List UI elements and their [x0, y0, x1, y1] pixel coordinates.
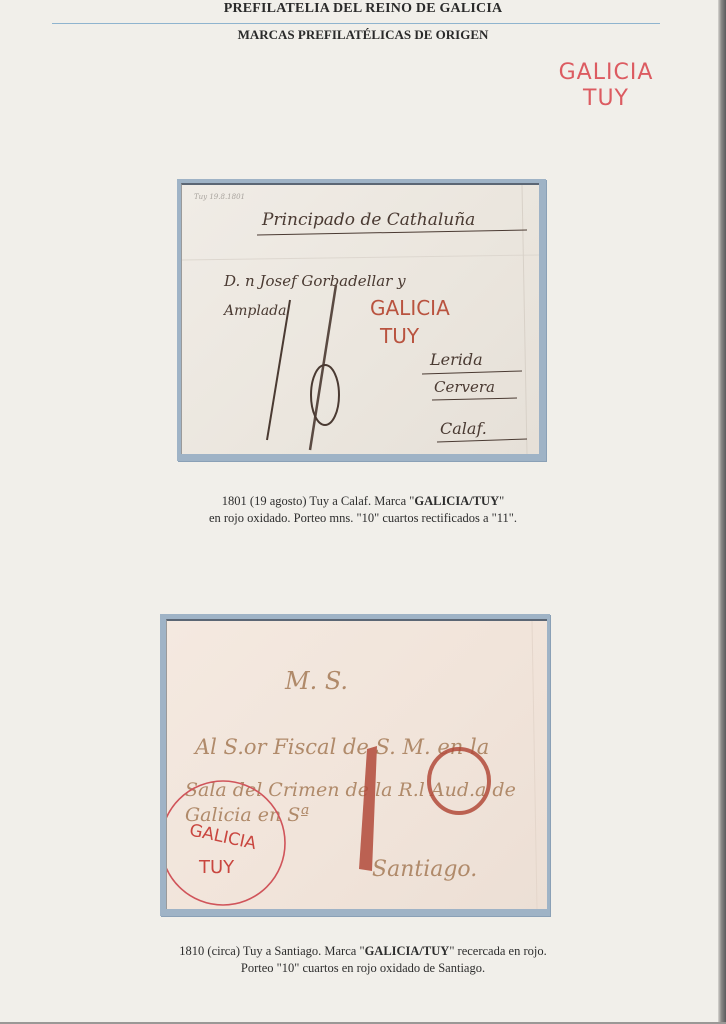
cover-frame-1: Tuy 19.8.1801 Principado de Cathaluña D.…: [177, 179, 546, 461]
caption-1-line-2: en rojo oxidado. Porteo mns. "10" cuarto…: [0, 510, 726, 527]
caption-1-text: 1801 (19 agosto) Tuy a Calaf. Marca ": [222, 494, 415, 508]
salutation: M. S.: [284, 667, 348, 695]
pencil-note: Tuy 19.8.1801: [194, 193, 245, 201]
caption-2-mark-name: GALICIA/TUY: [365, 944, 450, 958]
page-subtitle: MARCAS PREFILATÉLICAS DE ORIGEN: [0, 27, 726, 43]
circular-postmark-line-2: TUY: [198, 857, 235, 878]
postage-mark-10: 10: [355, 870, 357, 872]
destination-3: Calaf.: [440, 419, 487, 438]
caption-2-line-2: Porteo "10" cuartos en rojo oxidado de S…: [0, 960, 726, 977]
cover-letter-image-1: Tuy 19.8.1801 Principado de Cathaluña D.…: [181, 183, 539, 454]
destination-1: Lerida: [429, 350, 483, 369]
destination: Santiago.: [372, 857, 477, 882]
postmark-line-2: TUY: [548, 86, 664, 112]
page-title: PREFILATELIA DEL REINO DE GALICIA: [0, 1, 726, 17]
postmark-illustration: GALICIA TUY: [548, 60, 664, 112]
galicia-tuy-postmark-line-2: TUY: [379, 324, 420, 348]
caption-2-text: 1810 (circa) Tuy a Santiago. Marca ": [179, 944, 364, 958]
cover-letter-1-drawing: Tuy 19.8.1801 Principado de Cathaluña D.…: [182, 185, 539, 454]
destination-2: Cervera: [434, 378, 495, 396]
postmark-line-1: GALICIA: [548, 60, 664, 86]
header-divider: [52, 23, 660, 24]
addressee-line-2: Amplada: [222, 303, 286, 319]
cover-letter-2-drawing: M. S. Al S.or Fiscal de S. M. en la Sala…: [167, 621, 547, 909]
caption-2-text-end: " recercada en rojo.: [449, 944, 546, 958]
cover-letter-image-2: M. S. Al S.or Fiscal de S. M. en la Sala…: [166, 619, 547, 909]
caption-1-text-end: ": [499, 494, 504, 508]
caption-1-mark-name: GALICIA/TUY: [414, 494, 499, 508]
caption-1-line-1: 1801 (19 agosto) Tuy a Calaf. Marca "GAL…: [0, 493, 726, 510]
letter-heading: Principado de Cathaluña: [261, 210, 475, 230]
galicia-tuy-postmark-line-1: GALICIA: [370, 296, 450, 320]
addressee-line-1: D. n Josef Gorbadellar y: [223, 272, 406, 290]
caption-1: 1801 (19 agosto) Tuy a Calaf. Marca "GAL…: [0, 493, 726, 527]
cover-frame-2: M. S. Al S.or Fiscal de S. M. en la Sala…: [160, 614, 550, 916]
address-line-1: Al S.or Fiscal de S. M. en la: [193, 735, 489, 759]
caption-2-line-1: 1810 (circa) Tuy a Santiago. Marca "GALI…: [0, 943, 726, 960]
caption-2: 1810 (circa) Tuy a Santiago. Marca "GALI…: [0, 943, 726, 977]
